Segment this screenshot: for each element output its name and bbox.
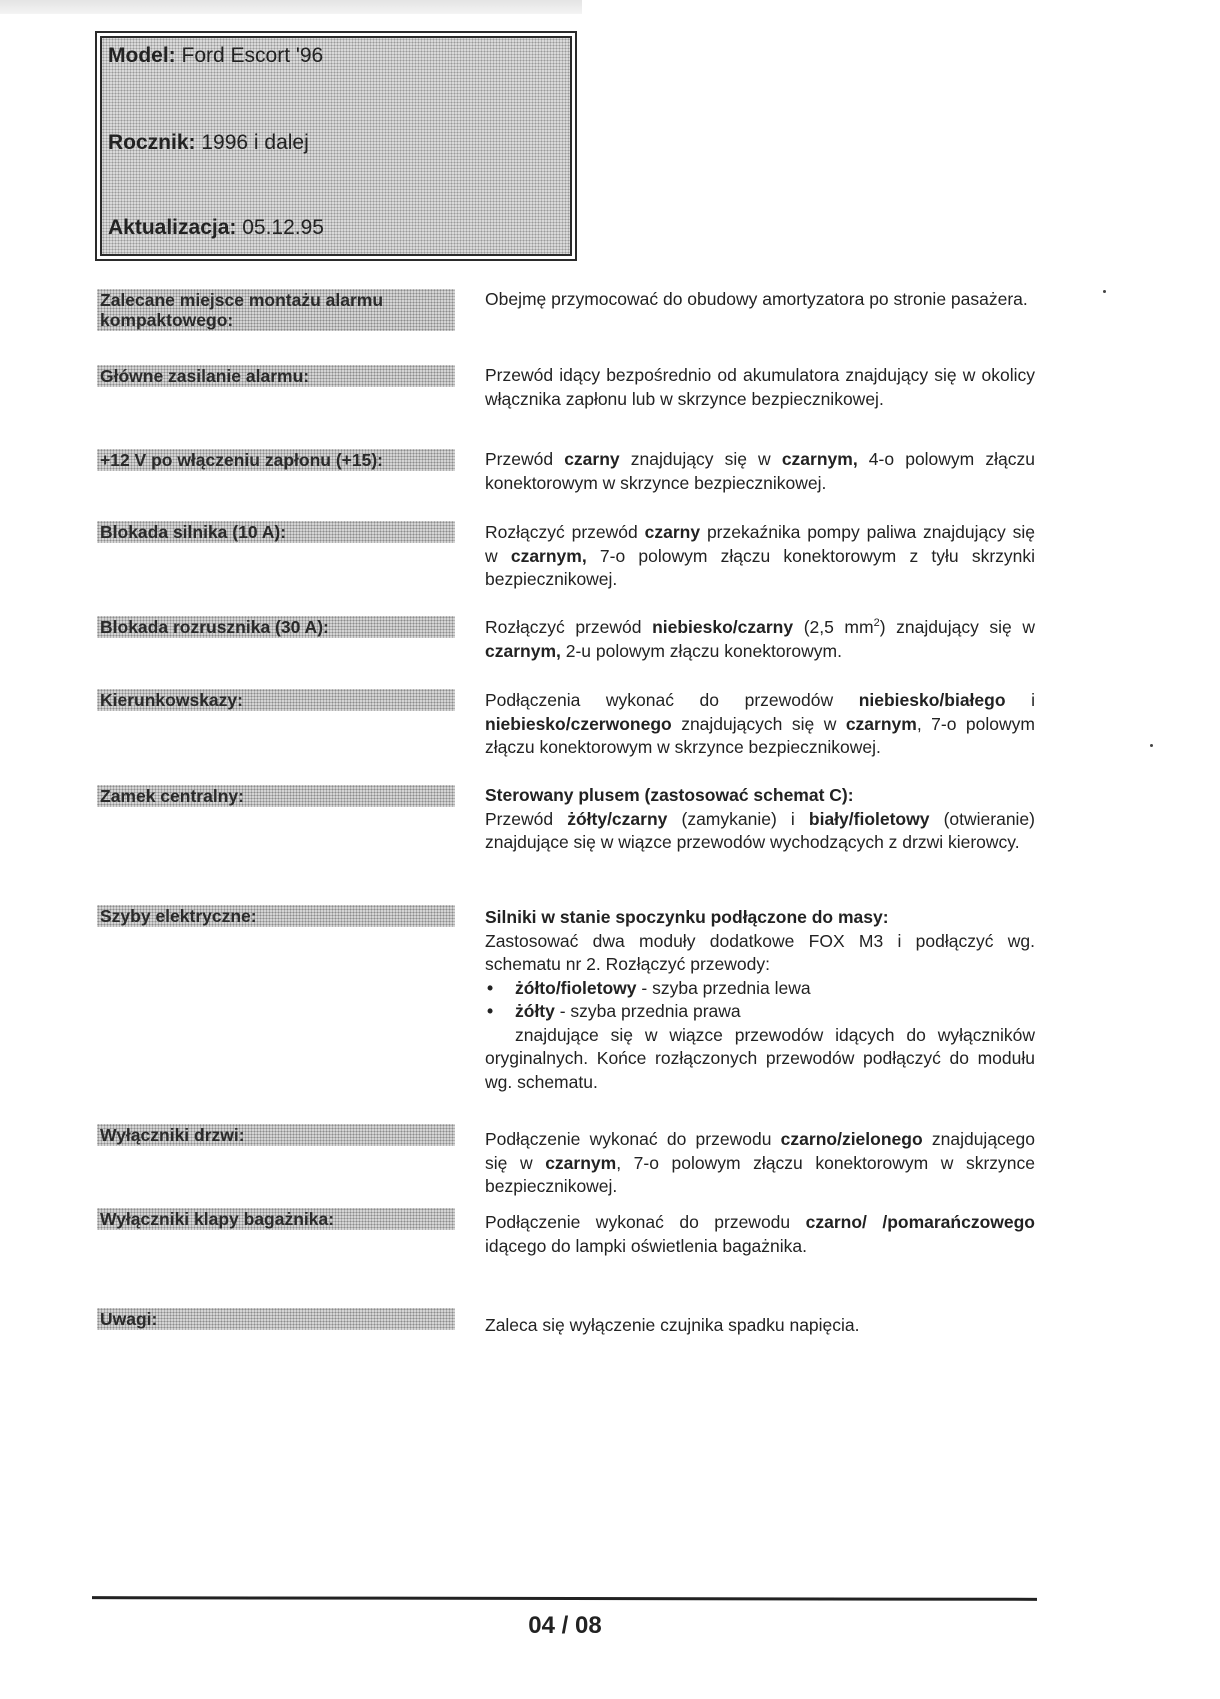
footer-rule	[92, 1596, 1037, 1601]
model-value: Ford Escort '96	[182, 44, 324, 67]
row-text-door-switches: Podłączenie wykonać do przewodu czarno/z…	[485, 1128, 1035, 1199]
row-text-notes: Zaleca się wyłączenie czujnika spadku na…	[485, 1314, 1035, 1338]
row-paragraph: Podłączenia wykonać do przewodów niebies…	[485, 689, 1035, 760]
row-text-turn-signals: Podłączenia wykonać do przewodów niebies…	[485, 689, 1035, 760]
row-text-trunk-switches: Podłączenie wykonać do przewodu czarno/ …	[485, 1211, 1035, 1258]
row-paragraph: Przewód żółty/czarny (zamykanie) i biały…	[485, 808, 1035, 855]
row-paragraph: Rozłączyć przewód czarny przekaźnika pom…	[485, 521, 1035, 592]
row-label-engine-block: Blokada silnika (10 A):	[97, 521, 455, 543]
row-label-notes: Uwagi:	[97, 1308, 455, 1330]
row-label-door-switches: Wyłączniki drzwi:	[97, 1124, 455, 1146]
row-text-ignition: Przewód czarny znajdujący się w czarnym,…	[485, 448, 1035, 495]
scan-speck	[1150, 744, 1153, 747]
year-label: Rocznik:	[108, 131, 196, 154]
row-text-power-windows: Silniki w stanie spoczynku podłączone do…	[485, 906, 1035, 1094]
row-paragraph: Przewód czarny znajdujący się w czarnym,…	[485, 448, 1035, 495]
scan-speck	[1103, 290, 1106, 293]
row-paragraph: Rozłączyć przewód niebiesko/czarny (2,5 …	[485, 616, 1035, 663]
row-text-starter-block: Rozłączyć przewód niebiesko/czarny (2,5 …	[485, 616, 1035, 663]
row-text-engine-block: Rozłączyć przewód czarny przekaźnika pom…	[485, 521, 1035, 592]
update-line: Aktualizacja: 05.12.95	[108, 216, 324, 240]
scan-shadow	[0, 0, 582, 14]
row-paragraph: Obejmę przymocować do obudowy amortyzato…	[485, 288, 1035, 312]
wire-list: żółto/fioletowy - szyba przednia leważół…	[485, 977, 1035, 1024]
row-text-main-power: Przewód idący bezpośrednio od akumulator…	[485, 364, 1035, 411]
update-value: 05.12.95	[242, 216, 324, 239]
row-paragraph-continued: znajdujące się w wiązce przewodów idącyc…	[485, 1024, 1035, 1095]
row-paragraph: Podłączenie wykonać do przewodu czarno/z…	[485, 1128, 1035, 1199]
row-paragraph: Podłączenie wykonać do przewodu czarno/ …	[485, 1211, 1035, 1258]
row-text-central-lock: Sterowany plusem (zastosować schemat C):…	[485, 784, 1035, 855]
row-label-starter-block: Blokada rozrusznika (30 A):	[97, 616, 455, 638]
wire-list-item: żółty - szyba przednia prawa	[485, 1000, 1035, 1024]
row-label-ignition: +12 V po włączeniu zapłonu (+15):	[97, 449, 455, 471]
row-label-turn-signals: Kierunkowskazy:	[97, 689, 455, 711]
model-line: Model: Ford Escort '96	[108, 44, 323, 68]
row-paragraph: Zastosować dwa moduły dodatkowe FOX M3 i…	[485, 930, 1035, 977]
wire-list-item: żółto/fioletowy - szyba przednia lewa	[485, 977, 1035, 1001]
row-label-central-lock: Zamek centralny:	[97, 785, 455, 807]
row-paragraph: Przewód idący bezpośrednio od akumulator…	[485, 364, 1035, 411]
update-label: Aktualizacja:	[108, 216, 236, 239]
row-label-trunk-switches: Wyłączniki klapy bagażnika:	[97, 1208, 455, 1230]
row-subheading: Silniki w stanie spoczynku podłączone do…	[485, 906, 1035, 930]
year-value: 1996 i dalej	[201, 131, 308, 154]
row-label-main-power: Główne zasilanie alarmu:	[97, 365, 455, 387]
row-paragraph: Zaleca się wyłączenie czujnika spadku na…	[485, 1314, 1035, 1338]
row-text-mounting: Obejmę przymocować do obudowy amortyzato…	[485, 288, 1035, 312]
row-subheading: Sterowany plusem (zastosować schemat C):	[485, 784, 1035, 808]
vehicle-info-panel: Model: Ford Escort '96 Rocznik: 1996 i d…	[100, 36, 572, 256]
model-label: Model:	[108, 44, 176, 67]
page-number: 04 / 08	[0, 1612, 1130, 1640]
vehicle-info-box: Model: Ford Escort '96 Rocznik: 1996 i d…	[95, 31, 577, 261]
row-label-power-windows: Szyby elektryczne:	[97, 905, 455, 927]
year-line: Rocznik: 1996 i dalej	[108, 131, 309, 155]
row-label-mounting: Zalecane miejsce montażu alarmu kompakto…	[97, 289, 455, 331]
